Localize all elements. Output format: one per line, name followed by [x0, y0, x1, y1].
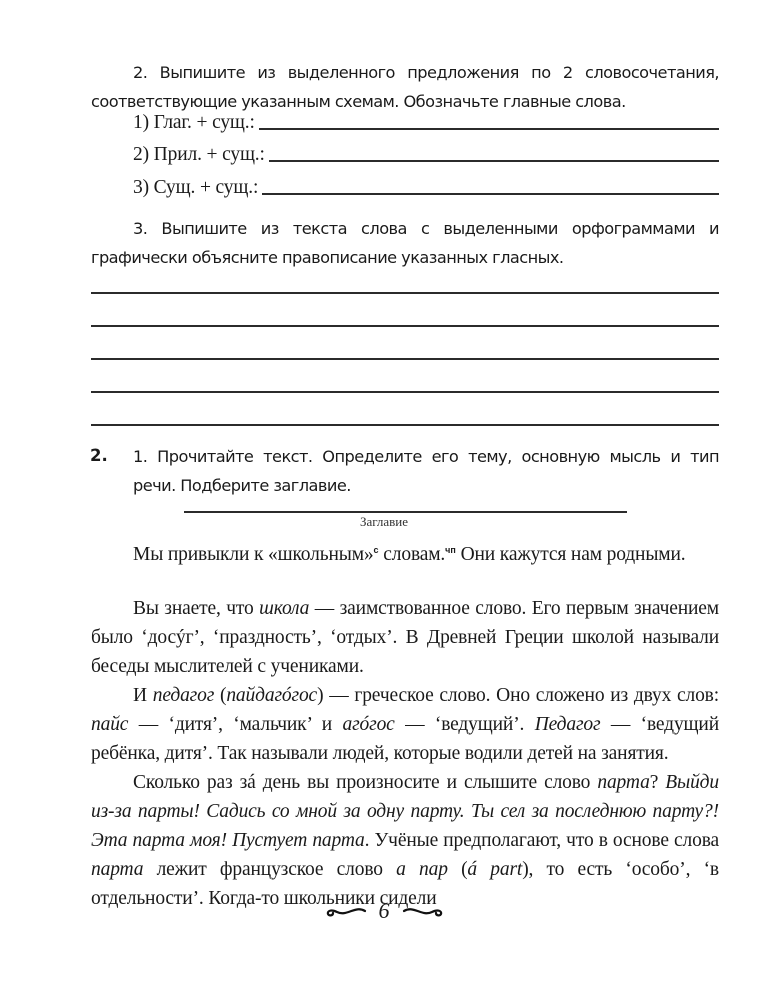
exercise-2-task-1: 1. Прочитайте текст. Определите его тему… [133, 442, 719, 500]
answer-line-3[interactable] [91, 358, 719, 360]
answer-line[interactable] [269, 160, 719, 162]
answer-label: 2) Прил. + сущ.: [133, 144, 265, 166]
answer-row-adj-noun: 2) Прил. + сущ.: [133, 144, 719, 166]
answer-row-verb-noun: 1) Глаг. + сущ.: [133, 112, 719, 134]
flourish-right-icon [402, 904, 444, 918]
flourish-left-icon [325, 904, 367, 918]
punctuation-mark: чп [445, 545, 456, 555]
task-3-instructions: 3. Выпишите из текста слова с выделенным… [91, 214, 719, 272]
task-2-instructions: 2. Выпишите из выделенного предложения п… [91, 58, 719, 116]
page-footer: 6 [0, 898, 768, 924]
answer-line-5[interactable] [91, 424, 719, 426]
text-paragraph-3: И педагог (пайдагóгос) — греческое слово… [91, 681, 719, 768]
page-number: 6 [379, 898, 390, 924]
title-caption: Заглавие [0, 514, 768, 530]
text-paragraph-2: Вы знаете, что школа — заимствованное сл… [91, 594, 719, 681]
answer-line-4[interactable] [91, 391, 719, 393]
title-answer-line[interactable] [184, 511, 627, 513]
answer-label: 1) Глаг. + сущ.: [133, 112, 255, 134]
answer-line[interactable] [262, 193, 719, 195]
answer-label: 3) Сущ. + сущ.: [133, 177, 258, 199]
answer-line-2[interactable] [91, 325, 719, 327]
text-paragraph-4: Сколько раз зá день вы произносите и слы… [91, 768, 719, 913]
text-paragraph-1: Мы привыкли к «школьным»с словам.чп Они … [91, 536, 719, 569]
answer-line-1[interactable] [91, 292, 719, 294]
answer-line[interactable] [259, 128, 719, 130]
answer-row-noun-noun: 3) Сущ. + сущ.: [133, 177, 719, 199]
exercise-number: 2. [90, 446, 108, 465]
